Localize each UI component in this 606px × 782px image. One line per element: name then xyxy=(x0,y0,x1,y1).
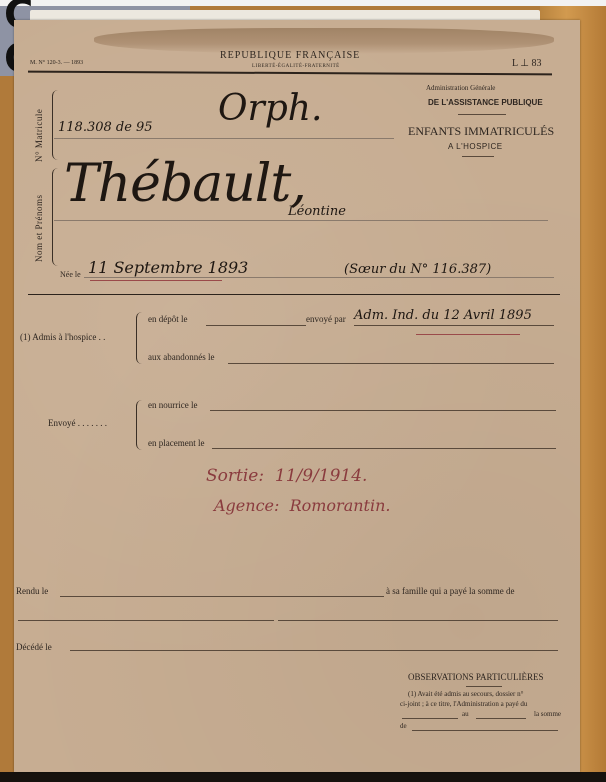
matricule-label: N° Matricule xyxy=(34,109,44,162)
agence-note: Agence: Romorantin. xyxy=(214,496,390,515)
admission-label: (1) Admis à l'hospice . . xyxy=(20,332,105,342)
header-rule xyxy=(28,71,552,76)
abandoned-label: aux abandonnés le xyxy=(148,352,214,362)
observations-somme: la somme xyxy=(534,710,561,718)
observations-line1: (1) Avait été admis au secours, dossier … xyxy=(408,690,523,698)
republic-heading: REPUBLIQUE FRANÇAISE xyxy=(220,50,360,61)
envoye-label: Envoyé . . . . . . . xyxy=(48,418,107,428)
admin-line2: DE L'ASSISTANCE PUBLIQUE xyxy=(428,98,543,107)
birth-label: Née le xyxy=(60,270,81,279)
sent-by-value: Adm. Ind. du 12 Avril 1895 xyxy=(354,308,532,323)
amount-line xyxy=(18,620,274,621)
section-rule xyxy=(28,294,560,295)
form-title: ENFANTS IMMATRICULÉS xyxy=(408,124,554,139)
brace xyxy=(136,312,143,364)
obs-blank xyxy=(476,718,526,719)
birth-line xyxy=(84,277,554,278)
form-subtitle: A L'HOSPICE xyxy=(448,142,503,151)
rendu-line xyxy=(60,596,384,597)
sortie-note: Sortie: 11/9/1914. xyxy=(206,466,367,486)
decede-line xyxy=(70,650,558,651)
underline-red xyxy=(90,280,222,281)
birth-date: 11 Septembre 1893 xyxy=(88,258,248,277)
observations-line2: ci-joint ; à ce titre, l'Administration … xyxy=(400,700,527,708)
admin-line1: Administration Générale xyxy=(426,84,495,92)
underline-red xyxy=(416,334,520,335)
brace xyxy=(52,168,59,266)
placement-label: en placement le xyxy=(148,438,204,448)
name-line xyxy=(54,220,548,221)
rendu-label: Rendu le xyxy=(16,586,48,596)
nourrice-label: en nourrice le xyxy=(148,400,197,410)
divider xyxy=(458,114,506,115)
name-label: Nom et Prénoms xyxy=(34,195,44,263)
depot-line xyxy=(206,325,306,326)
registration-form: M. N° 120-3. — 1893 REPUBLIQUE FRANÇAISE… xyxy=(14,20,580,772)
depot-label: en dépôt le xyxy=(148,314,188,324)
divider xyxy=(466,686,502,687)
form-code: L ⊥ 83 xyxy=(512,58,541,69)
orphan-annotation: Orph. xyxy=(218,88,322,129)
decede-label: Décédé le xyxy=(16,642,52,652)
divider xyxy=(462,156,494,157)
observations-title: OBSERVATIONS PARTICULIÈRES xyxy=(408,672,544,682)
observations-au: au xyxy=(462,710,469,718)
bottom-shadow xyxy=(0,772,606,782)
surname: Thébault, xyxy=(64,154,306,214)
obs-blank xyxy=(402,718,458,719)
observations-de: de xyxy=(400,722,407,730)
placement-line xyxy=(212,448,556,449)
sent-by-line xyxy=(354,325,554,326)
sent-by-label: envoyé par xyxy=(306,314,346,324)
brace xyxy=(136,400,143,450)
obs-blank xyxy=(412,730,558,731)
nourrice-line xyxy=(210,410,556,411)
first-name: Léontine xyxy=(288,204,346,219)
abandoned-line xyxy=(228,363,554,364)
amount-line xyxy=(278,620,558,621)
matricule-value: 118.308 de 95 xyxy=(58,120,153,135)
famille-label: à sa famille qui a payé la somme de xyxy=(386,586,514,596)
motto: LIBERTÉ-ÉGALITÉ-FRATERNITÉ xyxy=(252,64,340,69)
form-number: M. N° 120-3. — 1893 xyxy=(30,60,83,66)
matricule-line xyxy=(54,138,394,139)
sibling-note: (Sœur du N° 116.387) xyxy=(344,262,491,277)
